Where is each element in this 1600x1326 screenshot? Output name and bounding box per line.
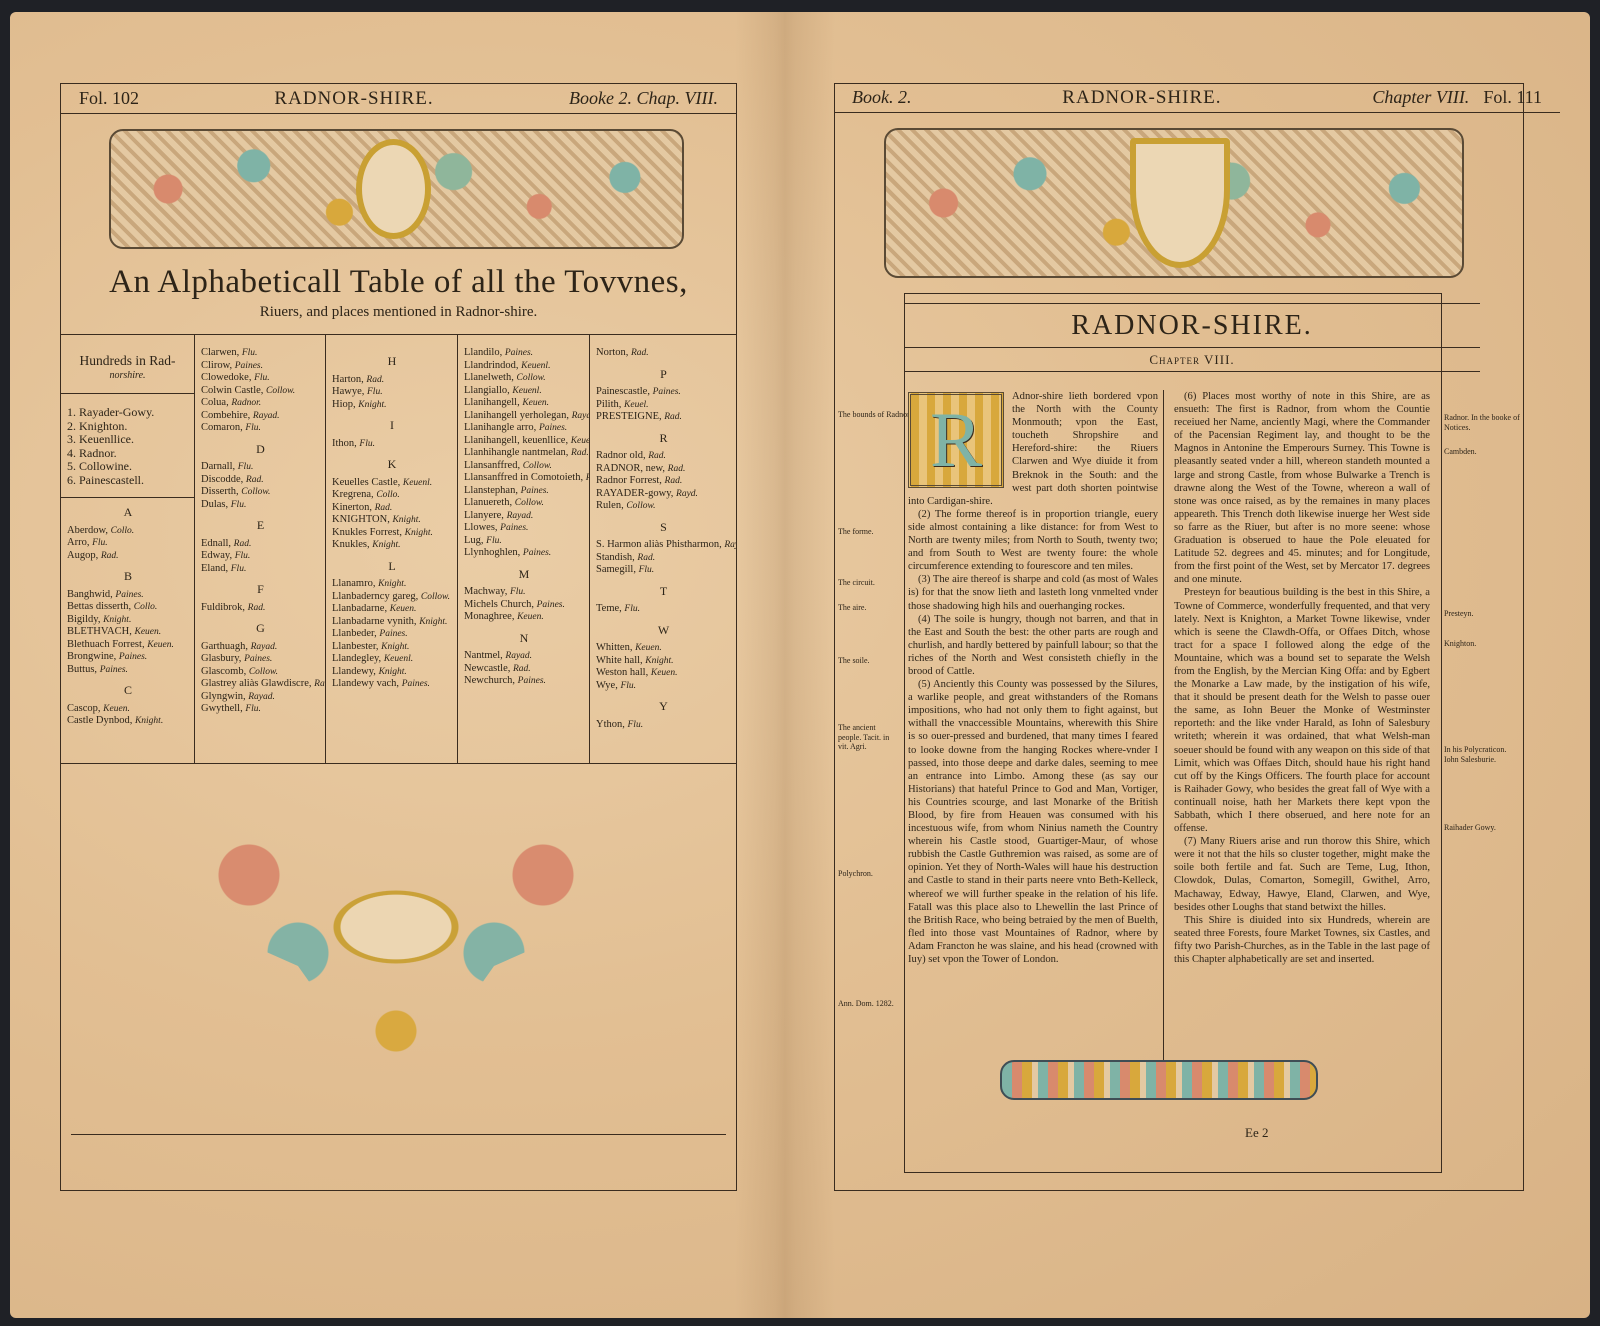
index-letter-heading: R [596,432,731,445]
text-column-right: (6) Places most worthy of note in this S… [1174,390,1430,966]
index-entry: Llanelweth, Collow. [464,372,584,385]
index-entry: Llanbadarne vynith, Knight. [332,616,452,629]
chapter-heading: RADNOR-SHIRE. Chapter VIII. [904,303,1480,383]
index-entry: Standish, Rad. [596,552,731,565]
index-entry: Edway, Flu. [201,550,320,563]
index-entry: Augop, Rad. [67,550,189,563]
index-entry: Eland, Flu. [201,563,320,576]
column-divider [1163,390,1164,1090]
index-letter-heading: S [596,521,731,534]
index-entry: White hall, Knight. [596,655,731,668]
index-letter-heading: L [332,560,452,573]
chapter-number: Chapter VIII. [904,347,1480,372]
index-entry: Buttus, Paines. [67,664,189,677]
index-entry: Llansanffred in Comotoieth, Rayad. [464,472,584,485]
index-entry: PRESTEIGNE, Rad. [596,411,731,424]
right-chapter: Chapter VIII. [1372,87,1469,108]
illuminated-initial: R [908,392,1004,488]
index-entry: Comaron, Flu. [201,422,320,435]
index-entry: Castle Dynbod, Knight. [67,715,189,728]
index-entry: Banghwid, Paines. [67,589,189,602]
index-letter-heading: M [464,568,584,581]
index-entry: Teme, Flu. [596,603,731,616]
index-entry: Cascop, Keuen. [67,703,189,716]
book-gutter [735,12,835,1318]
index-entry: Darnall, Flu. [201,461,320,474]
index-entry: Llanihangell, Keuen. [464,397,584,410]
index-entry: Glastrey aliàs Glawdiscre, Rad. [201,678,320,691]
index-letter-heading: Y [596,700,731,713]
index-entry: Combehire, Rayad. [201,410,320,423]
index-entry: Llanbeder, Paines. [332,628,452,641]
index-entry: Painescastle, Paines. [596,386,731,399]
index-entry: Bettas disserth, Collo. [67,601,189,614]
index-entry: Monaghree, Keuen. [464,611,584,624]
index-entry: Llanbaderncy gareg, Collow. [332,591,452,604]
index-letter-heading: H [332,355,452,368]
index-entry: Ithon, Flu. [332,438,452,451]
table-title: An Alphabeticall Table of all the Tovvne… [61,264,736,301]
index-entry: Kregrena, Collo. [332,489,452,502]
index-entry: Ython, Flu. [596,719,731,732]
index-letter-heading: W [596,624,731,637]
index-entry: Keuelles Castle, Keuenl. [332,477,452,490]
index-letter-heading: A [67,506,189,519]
index-entry: Samegill, Flu. [596,564,731,577]
index-entry: Newcastle, Rad. [464,663,584,676]
index-letter-heading: K [332,458,452,471]
index-entry: S. Harmon aliàs Phistharmon, Rayad. [596,539,731,552]
right-running-head: Book. 2. RADNOR-SHIRE. Chapter VIII. Fol… [834,83,1560,113]
index-letter-heading: D [201,443,320,456]
signature-mark: Ee 2 [1245,1125,1268,1141]
index-entry: Glyngwin, Rayad. [201,691,320,704]
index-column-5: Norton, Rad.PPainescastle, Paines.Pilith… [590,335,736,763]
index-entry: Disserth, Collow. [201,486,320,499]
index-entry: Rulen, Collow. [596,500,731,513]
empty-cartouche-left [356,139,431,239]
index-entry: Llanbester, Knight. [332,641,452,654]
index-entry: Llanstephan, Paines. [464,485,584,498]
index-entry: Ednall, Rad. [201,538,320,551]
chapter-title: RADNOR-SHIRE. [904,310,1480,342]
left-book-chapter: Booke 2. Chap. VIII. [569,88,718,109]
right-folio: Fol. 111 [1483,87,1542,108]
index-entry: Pilith, Keuel. [596,399,731,412]
index-column-2: Clarwen, Flu.Clirow, Paines.Clowedoke, F… [195,335,326,763]
index-entry: Dulas, Flu. [201,499,320,512]
index-entry: Wye, Flu. [596,680,731,693]
index-entry: Glascomb, Collow. [201,666,320,679]
index-entry: Machway, Flu. [464,586,584,599]
index-entry: Knukles Forrest, Knight. [332,527,452,540]
right-book: Book. 2. [852,87,911,108]
index-entry: Llowes, Paines. [464,522,584,535]
index-entry: Llangiallo, Keuenl. [464,385,584,398]
index-entry: Hiop, Knight. [332,399,452,412]
index-entry: Llandewy vach, Paines. [332,678,452,691]
index-entry: Llanyere, Rayad. [464,510,584,523]
index-letter-heading: G [201,622,320,635]
hundreds-list: 1. Rayader-Gowy. 2. Knighton. 3. Keuenll… [61,402,194,498]
index-column-3: HHarton, Rad.Hawye, Flu.Hiop, Knight.IIt… [326,335,458,763]
index-entry: Clowedoke, Flu. [201,372,320,385]
left-page: Fol. 102 RADNOR-SHIRE. Booke 2. Chap. VI… [60,83,737,1191]
index-entry: KNIGHTON, Knight. [332,514,452,527]
index-entry: Knukles, Knight. [332,539,452,552]
index-entry: Aberdow, Collo. [67,525,189,538]
index-entry: Radnor Forrest, Rad. [596,475,731,488]
left-running-title: RADNOR-SHIRE. [139,88,569,110]
index-entry: Bigildy, Knight. [67,614,189,627]
index-letter-heading: P [596,368,731,381]
index-entry: Llandewy, Knight. [332,666,452,679]
index-letter-heading: I [332,419,452,432]
index-entry: Llanihangle arro, Paines. [464,422,584,435]
index-entry: RADNOR, new, Rad. [596,463,731,476]
index-entry: Llandegley, Keuenl. [332,653,452,666]
index-entry: Llanihangell yerholegan, Rayard. [464,410,584,423]
index-entry: Llanbadarne, Keuen. [332,603,452,616]
index-entry: RAYADER-gowy, Rayd. [596,488,731,501]
index-letter-heading: F [201,583,320,596]
index-entry: Lug, Flu. [464,535,584,548]
index-entry: Llandilo, Paines. [464,347,584,360]
index-entry: Arro, Flu. [67,537,189,550]
index-letter-heading: C [67,684,189,697]
index-entry: Glasbury, Paines. [201,653,320,666]
index-entry: Harton, Rad. [332,374,452,387]
index-entry: Llanuereth, Collow. [464,497,584,510]
index-entry: Nantmel, Rayad. [464,650,584,663]
index-entry: Llanhihangle nantmelan, Rad. [464,447,584,460]
index-column-4: Llandilo, Paines.Llandrindod, Keuenl.Lla… [458,335,590,763]
bottom-ornamental-cartouche [151,810,641,1070]
index-entry: Colua, Radnor. [201,397,320,410]
index-entry: Garthuagh, Rayad. [201,641,320,654]
index-entry: Clirow, Paines. [201,360,320,373]
index-entry: Weston hall, Keuen. [596,667,731,680]
index-entry: Hawye, Flu. [332,386,452,399]
bottom-ornamental-band-right [1000,1060,1318,1100]
text-column-left: R Adnor-shire lieth bordered vpon the No… [908,390,1158,966]
index-entry: Discodde, Rad. [201,474,320,487]
index-entry: Colwin Castle, Collow. [201,385,320,398]
alphabetical-index-table: Hundreds in Rad- norshire. 1. Rayader-Go… [61,334,736,764]
right-running-title: RADNOR-SHIRE. [911,87,1372,109]
left-running-head: Fol. 102 RADNOR-SHIRE. Booke 2. Chap. VI… [61,84,736,114]
index-entry: Blethuach Forrest, Keuen. [67,639,189,652]
index-entry: Norton, Rad. [596,347,731,360]
index-letter-heading: E [201,519,320,532]
bottom-rule-left [71,1134,726,1135]
left-folio: Fol. 102 [79,88,139,109]
index-entry: Kinerton, Rad. [332,502,452,515]
index-entry: Newchurch, Paines. [464,675,584,688]
hundreds-heading: Hundreds in Rad- norshire. [61,353,194,394]
index-letter-heading: B [67,570,189,583]
index-entry: Radnor old, Rad. [596,450,731,463]
index-entry: Fuldibrok, Rad. [201,602,320,615]
index-entry: BLETHVACH, Keuen. [67,626,189,639]
index-entry: Michels Church, Paines. [464,599,584,612]
index-entry: Llansanffred, Collow. [464,460,584,473]
index-letter-heading: N [464,632,584,645]
index-entry: Llynhoghlen, Paines. [464,547,584,560]
index-entry: Brongwine, Paines. [67,651,189,664]
table-subtitle: Riuers, and places mentioned in Radnor-s… [61,304,736,321]
index-entry: Whitten, Keuen. [596,642,731,655]
index-column-1: Hundreds in Rad- norshire. 1. Rayader-Go… [61,335,195,763]
index-entry: Clarwen, Flu. [201,347,320,360]
index-letter-heading: T [596,585,731,598]
index-entry: Llanihangell, keuenllice, Keuen. [464,435,584,448]
index-entry: Gwythell, Flu. [201,703,320,716]
index-entry: Llanamro, Knight. [332,578,452,591]
index-entry: Llandrindod, Keuenl. [464,360,584,373]
right-page: Book. 2. RADNOR-SHIRE. Chapter VIII. Fol… [852,83,1542,1191]
